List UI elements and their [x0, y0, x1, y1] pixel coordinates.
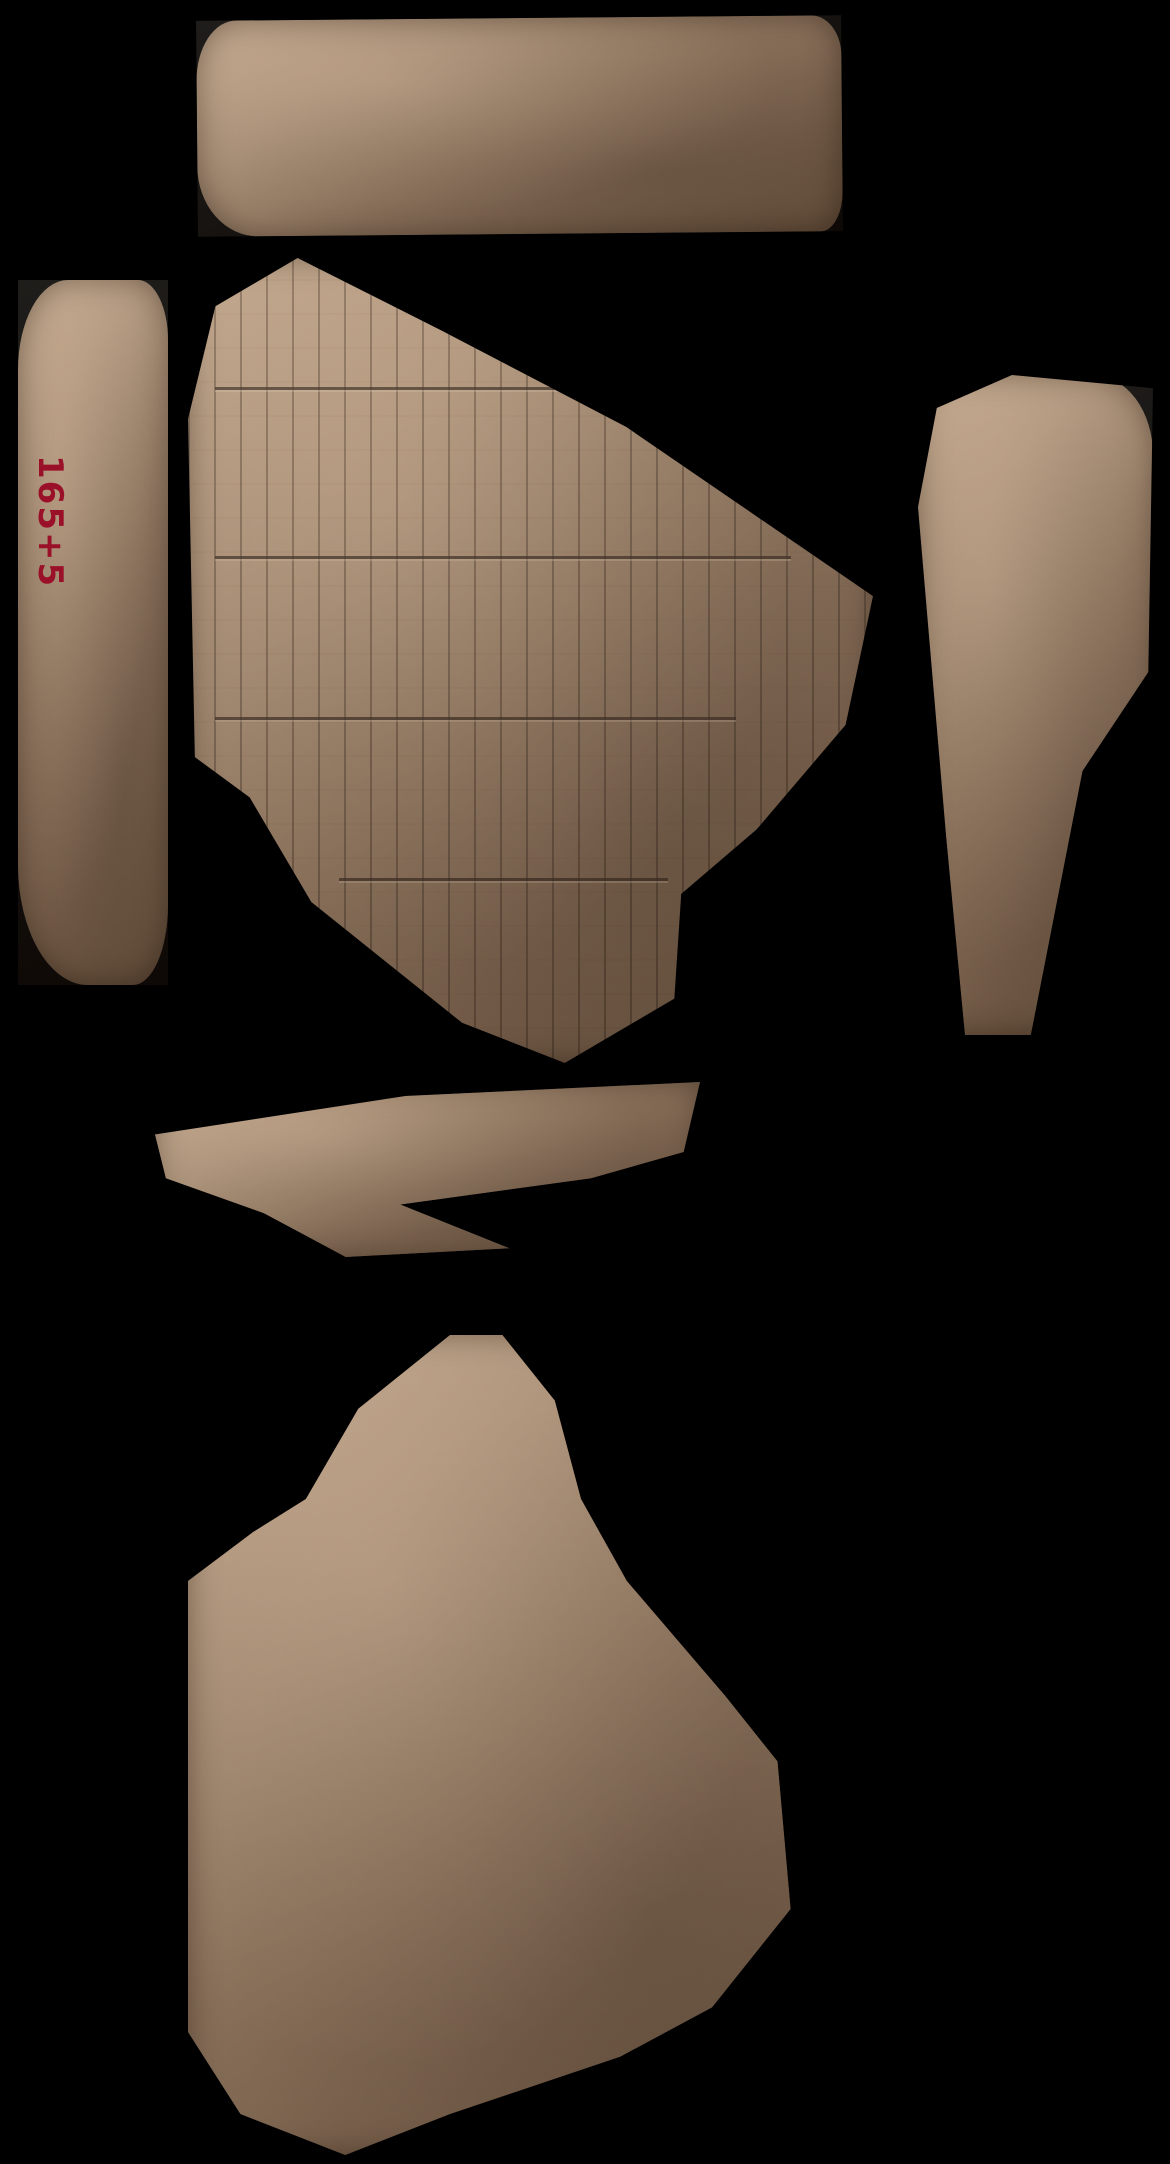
tablet-obverse-view: Obverse — [188, 258, 873, 1063]
tablet-left-edge-view: Left edge — [18, 280, 168, 985]
museum-number-label: 165+5 — [30, 455, 70, 588]
tablet-reverse-view: Reverse — [188, 1335, 843, 2155]
tablet-right-edge-view: Right edge — [918, 375, 1153, 1035]
tablet-top-edge-view: Top edge — [196, 15, 843, 237]
tablet-bottom-edge-view: Bottom edge — [155, 1082, 700, 1257]
